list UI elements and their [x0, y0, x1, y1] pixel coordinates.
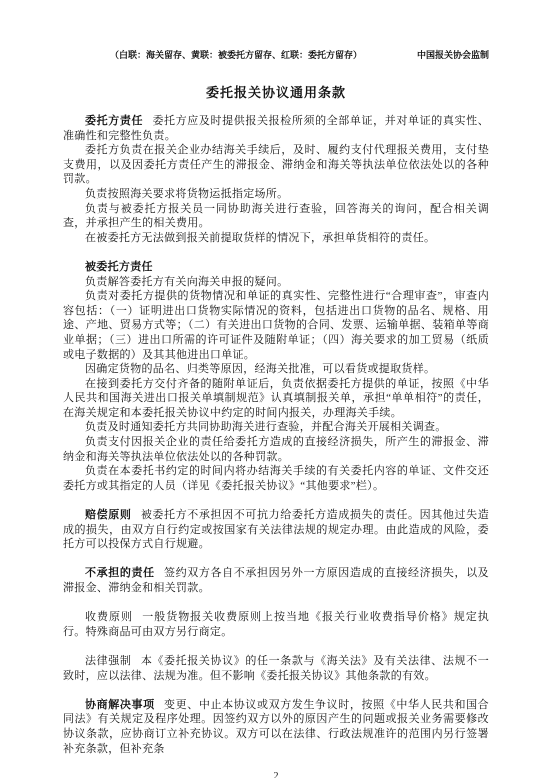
- copy-distribution-note: （白联：海关留存、黄联：被委托方留存、红联：委托方留存）: [63, 48, 409, 61]
- section-agent-responsibility: 被委托方责任 负责解答委托方有关向海关申报的疑问。 负责对委托方提供的货物情况和…: [63, 260, 489, 494]
- document-page: （白联：海关留存、黄联：被委托方留存、红联：委托方留存） 中国报关协会监制 委托…: [0, 0, 549, 778]
- paragraph: 负责解答委托方有关向海关申报的疑问。: [63, 275, 489, 290]
- document-title: 委托报关协议通用条款: [63, 82, 489, 101]
- document-body: 委托方责任委托方应及时提供报关报检所须的全部单证，并对单证的真实性、准确性和完整…: [63, 114, 489, 756]
- paragraph: 负责与被委托方报关员一同协助海关进行查验，回答海关的询问，配合相关调查，并承担产…: [63, 202, 489, 231]
- paragraph: 委托方负责在报关企业办结海关手续后，及时、履约支付代理报关费用，支付垫支费用，以…: [63, 143, 489, 187]
- paragraph: 不承担的责任签约双方各自不承担因另外一方原因造成的直接经济损失，以及滞报金、滞纳…: [63, 566, 489, 595]
- section-heading: 不承担的责任: [85, 567, 155, 579]
- page-header: （白联：海关留存、黄联：被委托方留存、红联：委托方留存） 中国报关协会监制: [63, 48, 489, 61]
- paragraph: 负责及时通知委托方共同协助海关进行查验，并配合海关开展相关调查。: [63, 420, 489, 435]
- section-heading: 法律强制: [85, 655, 131, 667]
- page-number: 2: [63, 771, 489, 778]
- paragraph: 协商解决事项变更、中止本协议或双方发生争议时，按照《中华人民共和国合同法》有关规…: [63, 698, 489, 756]
- section-compensation-principle: 赔偿原则被委托方不承担因不可抗力给委托方造成损失的责任。因其他过失造成的损失，由…: [63, 508, 489, 552]
- section-heading: 被委托方责任: [63, 260, 489, 275]
- section-excluded-liability: 不承担的责任签约双方各自不承担因另外一方原因造成的直接经济损失，以及滞报金、滞纳…: [63, 566, 489, 595]
- paragraph: 赔偿原则被委托方不承担因不可抗力给委托方造成损失的责任。因其他过失造成的损失，由…: [63, 508, 489, 552]
- section-heading: 赔偿原则: [85, 509, 131, 521]
- section-consignor-responsibility: 委托方责任委托方应及时提供报关报检所须的全部单证，并对单证的真实性、准确性和完整…: [63, 114, 489, 245]
- section-fee-principle: 收费原则一般货物报关收费原则上按当地《报关行业收费指导价格》规定执行。特殊商品可…: [63, 610, 489, 639]
- paragraph: 负责按照海关要求将货物运抵指定场所。: [63, 187, 489, 202]
- issuer-label: 中国报关协会监制: [417, 48, 489, 61]
- section-heading: 收费原则: [85, 611, 133, 623]
- paragraph: 委托方责任委托方应及时提供报关报检所须的全部单证，并对单证的真实性、准确性和完整…: [63, 114, 489, 143]
- section-heading: 协商解决事项: [85, 699, 155, 711]
- paragraph: 法律强制本《委托报关协议》的任一条款与《海关法》及有关法律、法规不一致时，应以法…: [63, 654, 489, 683]
- paragraph: 负责对委托方提供的货物情况和单证的真实性、完整性进行“合理审查”，审查内容包括：…: [63, 289, 489, 362]
- section-legal-force: 法律强制本《委托报关协议》的任一条款与《海关法》及有关法律、法规不一致时，应以法…: [63, 654, 489, 683]
- paragraph: 负责在本委托书约定的时间内将办结海关手续的有关委托内容的单证、文件交还委托方或其…: [63, 464, 489, 493]
- paragraph: 在接到委托方交付齐备的随附单证后，负责依据委托方提供的单证，按照《中华人民共和国…: [63, 377, 489, 421]
- paragraph: 收费原则一般货物报关收费原则上按当地《报关行业收费指导价格》规定执行。特殊商品可…: [63, 610, 489, 639]
- paragraph: 在被委托方无法做到报关前提取货样的情况下，承担单货相符的责任。: [63, 231, 489, 246]
- paragraph: 负责支付因报关企业的责任给委托方造成的直接经济损失，所产生的滞报金、滞纳金和海关…: [63, 435, 489, 464]
- section-negotiation: 协商解决事项变更、中止本协议或双方发生争议时，按照《中华人民共和国合同法》有关规…: [63, 698, 489, 756]
- paragraph: 因确定货物的品名、归类等原因，经海关批准，可以看货或提取货样。: [63, 362, 489, 377]
- section-heading: 委托方责任: [85, 115, 143, 127]
